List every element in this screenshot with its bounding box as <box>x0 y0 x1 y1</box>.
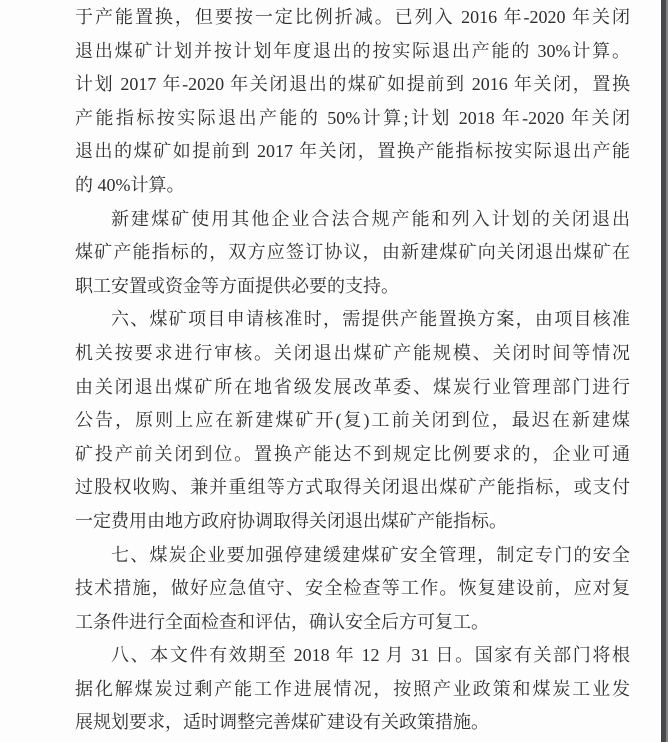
text-line: 据化解煤炭过剩产能工作进展情况，按照产业政策和煤炭工业发 <box>75 673 630 707</box>
text-line: 的 40%计算。 <box>75 169 630 203</box>
text-line: 职工安置或资金等方面提供必要的支持。 <box>75 270 630 304</box>
text-line: 技术措施，做好应急值守、安全检查等工作。恢复建设前，应对复 <box>75 572 630 606</box>
page-edge-shadow <box>660 0 668 742</box>
text-line: 展规划要求，适时调整完善煤矿建设有关政策措施。 <box>75 706 630 740</box>
text-line: 矿投产前关闭到位。置换产能达不到规定比例要求的，企业可通 <box>75 438 630 472</box>
document-page: 于产能置换，但要按一定比例折减。已列入 2016 年-2020 年关闭退出煤矿计… <box>0 0 668 742</box>
text-line: 新建煤矿使用其他企业合法合规产能和列入计划的关闭退出 <box>75 203 630 237</box>
text-line: 煤矿产能指标的，双方应签订协议，由新建煤矿向关闭退出煤矿在 <box>75 236 630 270</box>
text-line: 由关闭退出煤矿所在地省级发展改革委、煤炭行业管理部门进行 <box>75 371 630 405</box>
text-line: 工条件进行全面检查和评估，确认安全后方可复工。 <box>75 606 630 640</box>
text-line: 于产能置换，但要按一定比例折减。已列入 2016 年-2020 年关闭 <box>75 1 630 35</box>
text-line: 计划 2017 年-2020 年关闭退出的煤矿如提前到 2016 年关闭，置换 <box>75 68 630 102</box>
text-line: 八、本文件有效期至 2018 年 12 月 31 日。国家有关部门将根 <box>75 639 630 673</box>
text-line: 产能指标按实际退出产能的 50%计算;计划 2018 年-2020 年关闭 <box>75 102 630 136</box>
document-lines: 于产能置换，但要按一定比例折减。已列入 2016 年-2020 年关闭退出煤矿计… <box>75 1 630 740</box>
text-line: 机关按要求进行审核。关闭退出煤矿产能规模、关闭时间等情况 <box>75 337 630 371</box>
text-line: 六、煤矿项目申请核准时，需提供产能置换方案，由项目核准 <box>75 303 630 337</box>
text-line: 退出煤矿计划并按计划年度退出的按实际退出产能的 30%计算。 <box>75 35 630 69</box>
text-line: 退出的煤矿如提前到 2017 年关闭，置换产能指标按实际退出产能 <box>75 135 630 169</box>
text-line: 公告，原则上应在新建煤矿开(复)工前关闭到位，最迟在新建煤 <box>75 404 630 438</box>
text-line: 七、煤炭企业要加强停建缓建煤矿安全管理，制定专门的安全 <box>75 539 630 573</box>
text-line: 过股权收购、兼并重组等方式取得关闭退出煤矿产能指标，或支付 <box>75 471 630 505</box>
text-line: 一定费用由地方政府协调取得关闭退出煤矿产能指标。 <box>75 505 630 539</box>
